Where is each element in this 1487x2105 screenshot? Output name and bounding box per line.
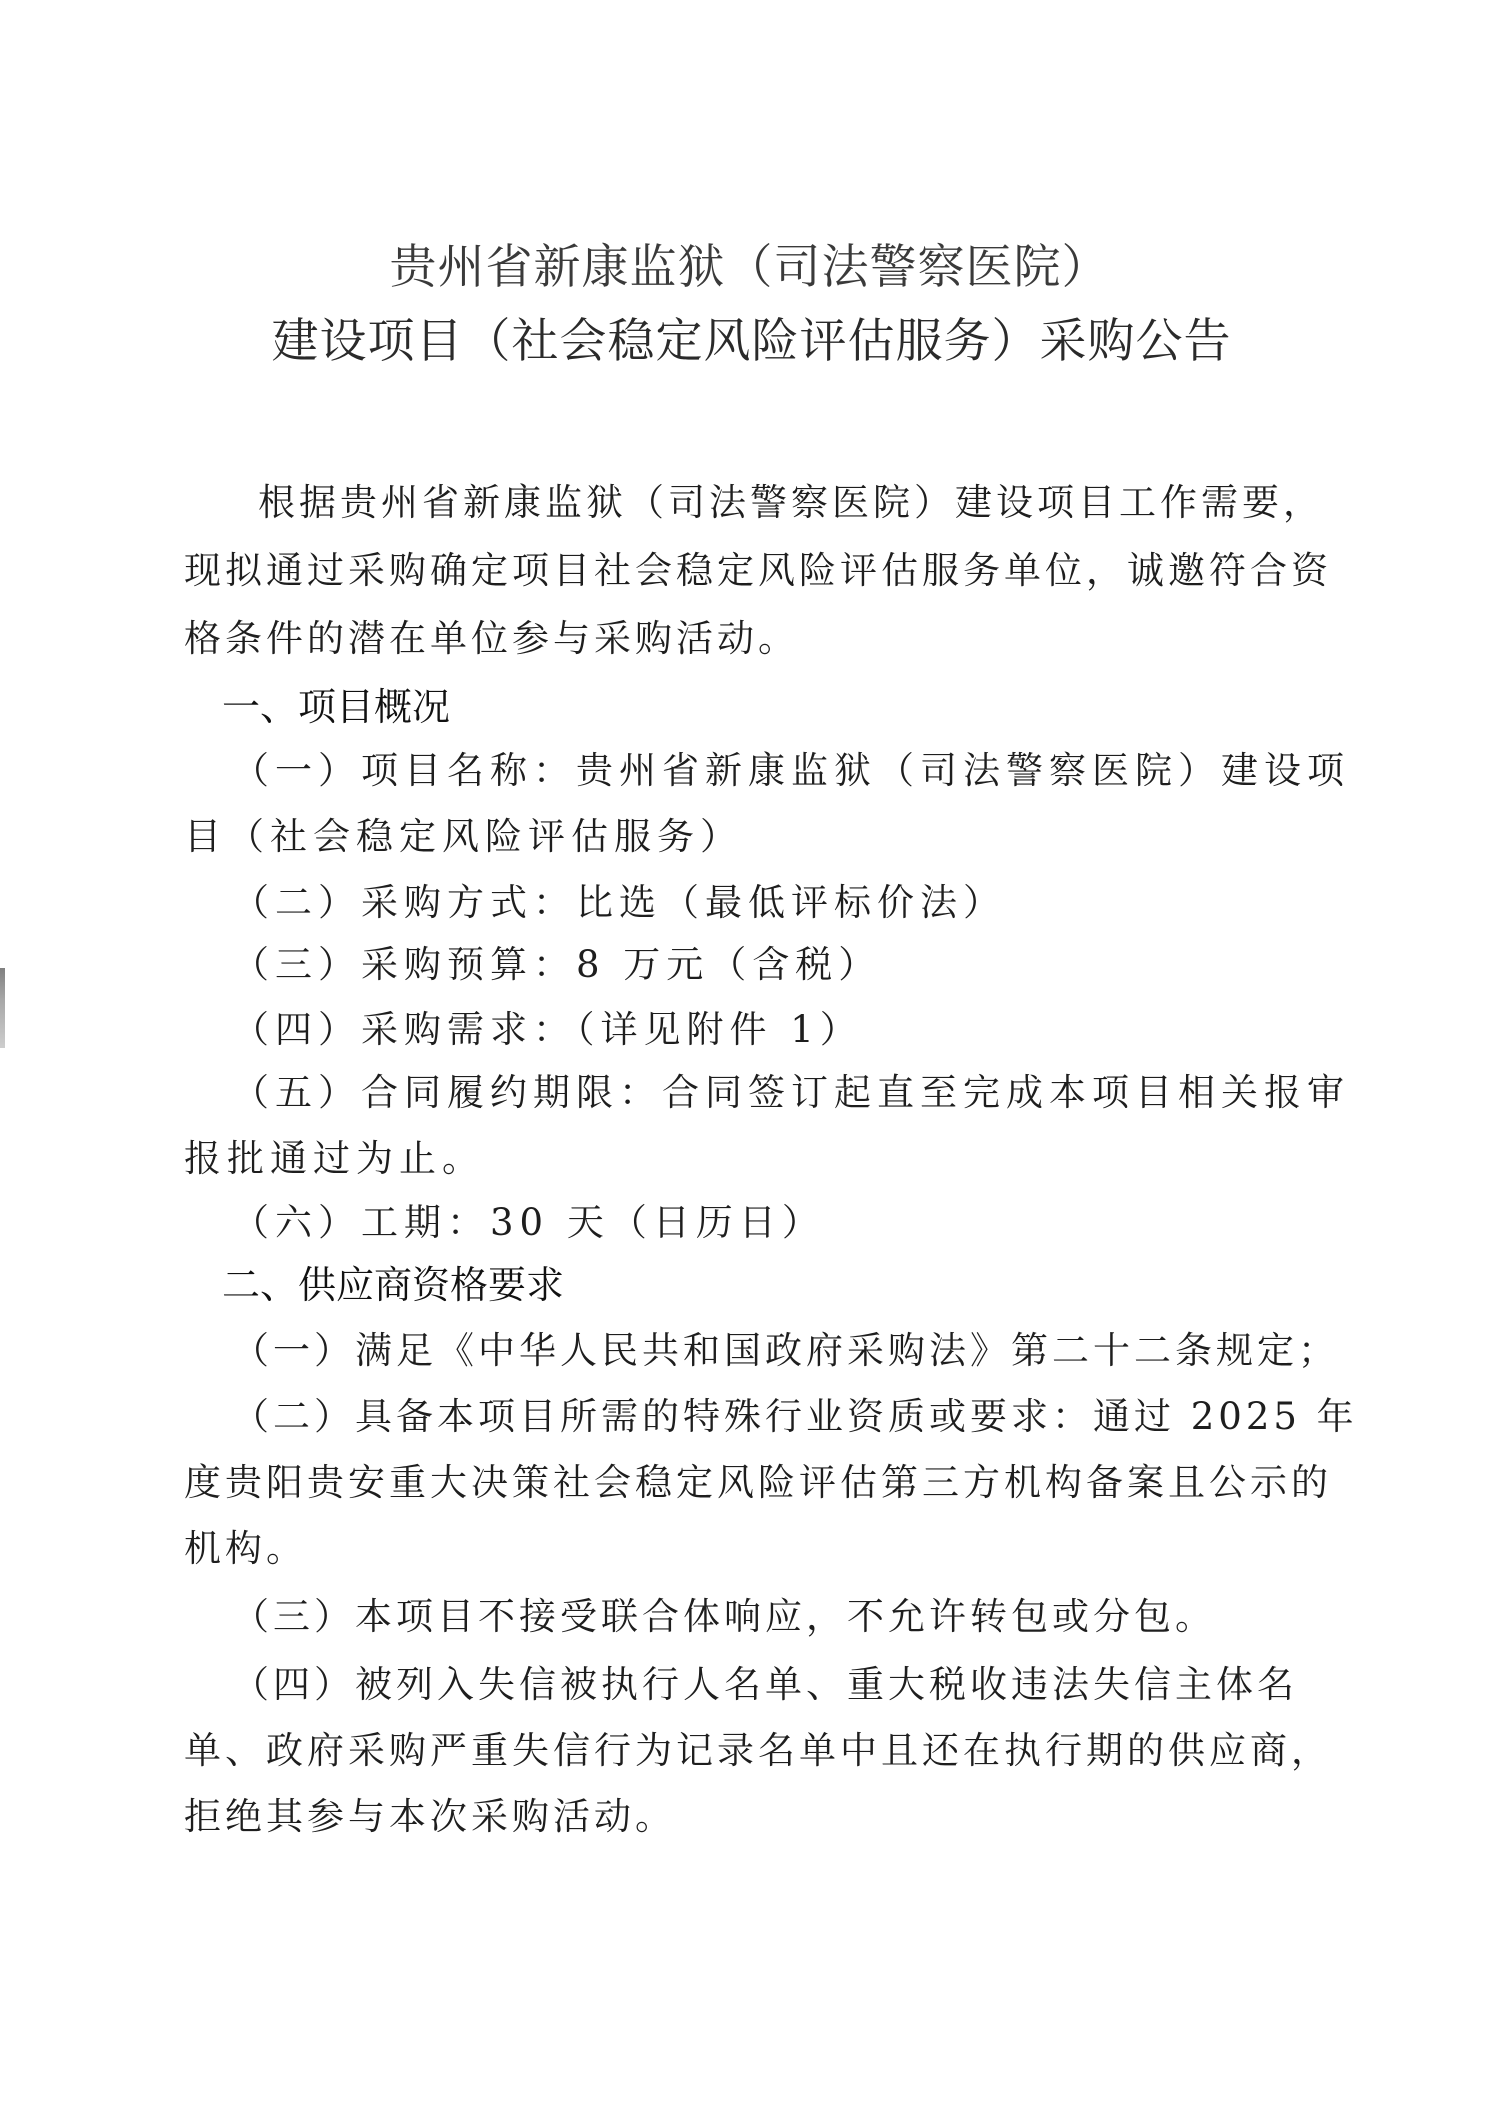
section-2-item-2-line-2: 度贵阳贵安重大决策社会稳定风险评估第三方机构备案且公示的: [184, 1458, 1332, 1508]
section-2-item-4-line-2: 单、政府采购严重失信行为记录名单中且还在执行期的供应商，: [184, 1726, 1332, 1776]
section-1-item-1-line-1: （一）项目名称：贵州省新康监狱（司法警察医院）建设项: [232, 746, 1350, 796]
section-2-item-3: （三）本项目不接受联合体响应，不允许转包或分包。: [232, 1592, 1216, 1642]
section-2-heading: 二、供应商资格要求: [222, 1260, 564, 1310]
document-title-line-2: 建设项目（社会稳定风险评估服务）采购公告: [8, 312, 1487, 372]
scan-edge-mark: [0, 968, 5, 1048]
intro-paragraph-line-3: 格条件的潜在单位参与采购活动。: [184, 614, 799, 664]
section-2-item-4-line-3: 拒绝其参与本次采购活动。: [184, 1792, 676, 1842]
section-2-item-2-line-1: （二）具备本项目所需的特殊行业资质或要求：通过 2025 年: [232, 1392, 1358, 1442]
document-title-line-1: 贵州省新康监狱（司法警察医院）: [6, 238, 1487, 298]
section-1-item-5-line-1: （五）合同履约期限：合同签订起直至完成本项目相关报审: [232, 1068, 1350, 1118]
intro-paragraph-line-1: 根据贵州省新康监狱（司法警察医院）建设项目工作需要，: [258, 478, 1324, 528]
section-2-item-1: （一）满足《中华人民共和国政府采购法》第二十二条规定；: [232, 1326, 1339, 1376]
section-1-item-4: （四）采购需求：（详见附件 1）: [232, 1005, 863, 1055]
section-2-item-2-line-3: 机构。: [184, 1524, 307, 1574]
section-1-item-1-line-2: 目（社会稳定风险评估服务）: [184, 812, 743, 862]
section-2-item-4-line-1: （四）被列入失信被执行人名单、重大税收违法失信主体名: [232, 1660, 1298, 1710]
section-1-heading: 一、项目概况: [222, 682, 450, 732]
section-1-item-5-line-2: 报批通过为止。: [184, 1134, 485, 1184]
section-1-item-3: （三）采购预算：8 万元（含税）: [232, 940, 881, 990]
section-1-item-2: （二）采购方式：比选（最低评标价法）: [232, 878, 1006, 928]
intro-paragraph-line-2: 现拟通过采购确定项目社会稳定风险评估服务单位，诚邀符合资: [184, 546, 1332, 596]
section-1-item-6: （六）工期：30 天（日历日）: [232, 1198, 825, 1248]
